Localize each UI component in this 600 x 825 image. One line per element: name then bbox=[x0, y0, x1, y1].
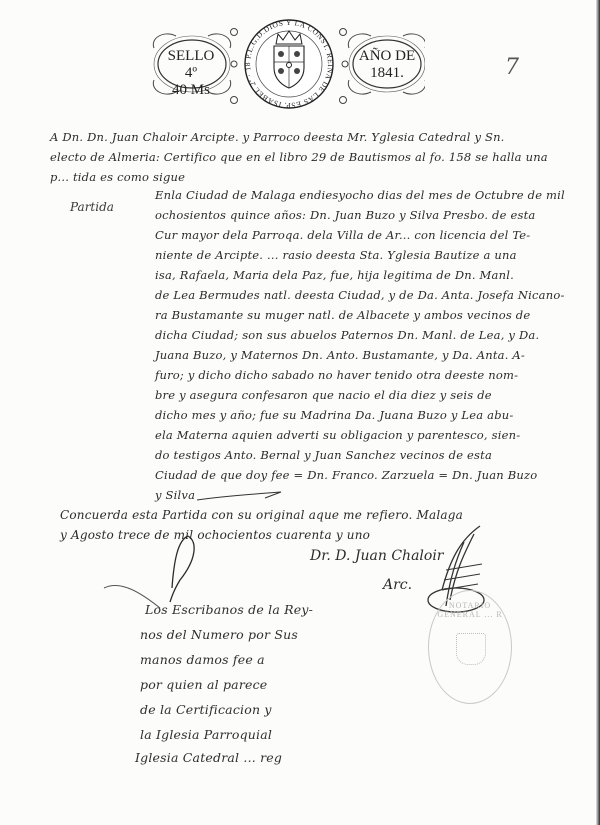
scan-edge-shadow bbox=[596, 0, 600, 825]
seal-crest-icon bbox=[456, 633, 486, 665]
header-line: p... tida es como sigue bbox=[50, 170, 185, 184]
quill-flourish-icon bbox=[100, 530, 210, 610]
legalization-line: Los Escribanos de la Rey- bbox=[145, 602, 313, 617]
entry-line: niente de Arcipte. ... rasio deesta Sta.… bbox=[155, 248, 517, 262]
legalization-line: la Iglesia Parroquial bbox=[140, 727, 272, 742]
legalization-line: manos damos fee a bbox=[140, 652, 265, 667]
entry-line: isa, Rafaela, Maria dela Paz, fue, hija … bbox=[155, 268, 514, 282]
stamp-seal-label: SELLO 4º bbox=[160, 48, 222, 82]
stamp-year: AÑO DE 1841. bbox=[356, 48, 418, 82]
legalization-line: por quien al parece bbox=[140, 677, 267, 692]
entry-line: bre y asegura confesaron que nacio el di… bbox=[155, 388, 492, 402]
document-page: P.L.G.D.DIOS Y LA CONST. REINA DE LAS ES… bbox=[0, 0, 598, 825]
notary-seal: NOTARIO GENERAL ... R bbox=[428, 590, 512, 704]
stamp-seal-class: SELLO 4º 40 Ms bbox=[160, 48, 222, 99]
legalization-line: nos del Numero por Sus bbox=[140, 627, 298, 642]
header-line: A Dn. Dn. Juan Chaloir Arcipte. y Parroc… bbox=[50, 130, 505, 144]
entry-line: Ciudad de que doy fee = Dn. Franco. Zarz… bbox=[155, 468, 537, 482]
margin-note: Partida bbox=[70, 200, 114, 214]
entry-line: dicha Ciudad; son sus abuelos Paternos D… bbox=[155, 328, 539, 342]
header-line: electo de Almeria: Certifico que en el l… bbox=[50, 150, 548, 164]
entry-line: ra Bustamante su muger natl. de Albacete… bbox=[155, 308, 530, 322]
closing-line: Concuerda esta Partida con su original a… bbox=[60, 508, 463, 522]
stamp-year-label: AÑO DE bbox=[356, 48, 418, 65]
entry-line: dicho mes y año; fue su Madrina Da. Juan… bbox=[155, 408, 513, 422]
entry-line: de Lea Bermudes natl. deesta Ciudad, y d… bbox=[155, 288, 565, 302]
signature-title: Arc. bbox=[383, 577, 412, 593]
legalization-line: Iglesia Catedral ... reg bbox=[135, 750, 282, 765]
page-number: 7 bbox=[505, 55, 519, 80]
line-flourish-icon bbox=[195, 490, 285, 504]
legalization-line: de la Certificacion y bbox=[140, 702, 272, 717]
entry-line: Enla Ciudad de Malaga endiesyocho dias d… bbox=[155, 188, 565, 202]
entry-line: furo; y dicho dicho sabado no haver teni… bbox=[155, 368, 518, 382]
entry-line: ela Materna aquien adverti su obligacion… bbox=[155, 428, 520, 442]
stamp-seal-value: 40 Ms bbox=[160, 82, 222, 99]
entry-line: Juana Buzo, y Maternos Dn. Anto. Bustama… bbox=[155, 348, 525, 362]
tax-stamp-header: P.L.G.D.DIOS Y LA CONST. REINA DE LAS ES… bbox=[150, 18, 425, 110]
stamp-year-value: 1841. bbox=[356, 65, 418, 82]
entry-line: ochosientos quince años: Dn. Juan Buzo y… bbox=[155, 208, 535, 222]
entry-line: do testigos Anto. Bernal y Juan Sanchez … bbox=[155, 448, 492, 462]
entry-line: Cur mayor dela Parroqa. dela Villa de Ar… bbox=[155, 228, 530, 242]
entry-line: y Silva bbox=[155, 488, 195, 502]
